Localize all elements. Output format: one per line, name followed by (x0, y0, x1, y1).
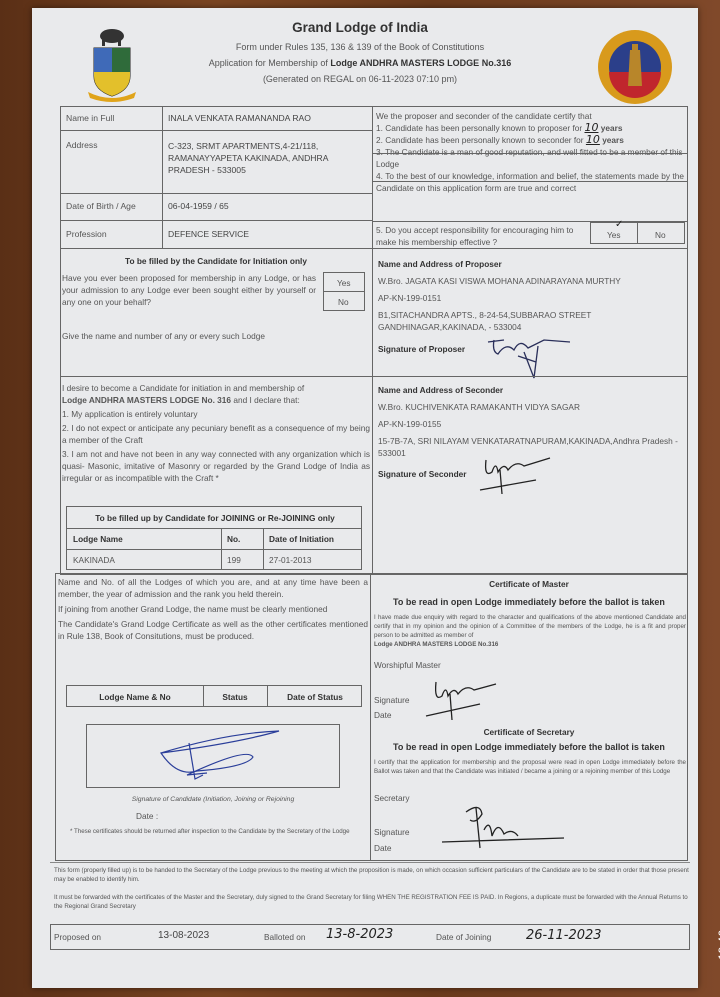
secretary-cert-title: Certificate of Secretary (370, 726, 688, 738)
candidate-dob: 06-04-1959 / 65 (168, 201, 229, 211)
candidate-signature-caption: Signature of Candidate (Initiation, Join… (86, 795, 340, 804)
joining-date-of-initiation: 27-01-2013 (269, 554, 311, 566)
address-label: Address (66, 140, 98, 150)
grand-lodge-crest-icon (86, 26, 138, 102)
secretary-role-label: Secretary (374, 792, 410, 804)
initiation-no-option[interactable]: No (323, 291, 365, 311)
proposer-signature-label: Signature of Proposer (378, 343, 465, 355)
date-of-joining-label: Date of Joining (436, 931, 491, 943)
form-subtitle: Form under Rules 135, 136 & 139 of the B… (150, 39, 570, 55)
name-label: Name in Full (66, 113, 114, 123)
worshipful-master-label: Worshipful Master (374, 659, 441, 671)
device-clock-overlay: 19:46 (716, 930, 720, 960)
secretary-signature (440, 800, 570, 854)
proposer-section: Name and Address of Proposer W.Bro. JAGA… (378, 258, 684, 333)
note-handing-form: This form (properly filled up) is to be … (54, 866, 690, 884)
secretary-date-label: Date (374, 842, 392, 854)
seconder-name: W.Bro. KUCHIVENKATA RAMAKANTH VIDYA SAGA… (378, 401, 684, 413)
master-date-label: Date (374, 709, 392, 721)
dob-label: Date of Birth / Age (66, 201, 136, 211)
generated-line: (Generated on REGAL on 06-11-2023 07:10 … (150, 71, 570, 87)
secretary-signature-label: Signature (374, 826, 410, 838)
joining-lodge-no: 199 (227, 554, 241, 566)
proposed-on-value: 13-08-2023 (158, 930, 209, 941)
master-signature (420, 676, 500, 722)
give-lodge-name-prompt: Give the name and number of any or every… (62, 330, 265, 342)
secretary-cert-text: I certify that the application for membe… (374, 758, 686, 776)
candidate-date-label: Date : (136, 810, 158, 822)
initiation-heading: To be filled by the Candidate for Initia… (60, 255, 372, 267)
lodges-history-instructions: Name and No. of all the Lodges of which … (58, 576, 368, 642)
seconder-years-value: 10 (586, 133, 600, 146)
check-mark-icon: ✓ (615, 219, 623, 230)
secretary-cert-subtitle: To be read in open Lodge immediately bef… (370, 741, 688, 753)
form-header: Grand Lodge of India Form under Rules 13… (150, 20, 570, 87)
proposer-address: B1,SITACHANDRA APTS., 8-24-54,SUBBARAO S… (378, 309, 684, 333)
master-signature-label: Signature (374, 694, 410, 706)
application-line: Application for Membership of Lodge ANDH… (150, 55, 570, 71)
proposed-on-label: Proposed on (54, 931, 101, 943)
master-cert-text: I have made due enquiry with regard to t… (374, 613, 686, 649)
master-cert-subtitle: To be read in open Lodge immediately bef… (370, 596, 688, 608)
candidate-profession: DEFENCE SERVICE (168, 229, 249, 239)
candidate-signature-box[interactable] (86, 724, 340, 788)
candidate-address: C-323, SRMT APARTMENTS,4-21/118, RAMANAY… (168, 140, 358, 176)
seconder-signature (476, 452, 556, 496)
candidate-signature (147, 727, 307, 787)
master-cert-title: Certificate of Master (370, 578, 688, 590)
balloted-on-value: 13-8-2023 (326, 927, 393, 942)
joining-table: To be filled up by Candidate for JOINING… (66, 506, 362, 570)
balloted-on-label: Balloted on (264, 931, 306, 943)
encourage-question: 5. Do you accept responsibility for enco… (376, 224, 586, 248)
profession-label: Profession (66, 229, 107, 239)
proposer-reg-no: AP-KN-199-0151 (378, 292, 684, 304)
seconder-signature-label: Signature of Seconder (378, 468, 467, 480)
proposer-name: W.Bro. JAGATA KASI VISWA MOHANA ADINARAY… (378, 275, 684, 287)
declaration-section: I desire to become a Candidate for initi… (62, 382, 370, 484)
joining-lodge-name: KAKINADA (73, 554, 115, 566)
certificates-footnote: * These certificates should be returned … (70, 827, 360, 836)
seconder-reg-no: AP-KN-199-0155 (378, 418, 684, 430)
initiation-question: Have you ever been proposed for membersh… (62, 272, 316, 308)
encourage-no-option[interactable]: No (637, 222, 685, 244)
proposer-signature (484, 332, 574, 382)
candidate-name: INALA VENKATA RAMANANDA RAO (168, 113, 311, 123)
encourage-yes-option[interactable]: Yes ✓ (590, 222, 638, 244)
date-of-joining-value: 26-11-2023 (526, 928, 602, 943)
lodges-history-table: Lodge Name & No Status Date of Status (66, 685, 362, 707)
regional-grand-lodge-emblem-icon (596, 28, 674, 106)
note-forwarding: It must be forwarded with the certificat… (54, 893, 690, 911)
seconder-section: Name and Address of Seconder W.Bro. KUCH… (378, 384, 684, 459)
initiation-yes-option[interactable]: Yes (323, 272, 365, 292)
form-title: Grand Lodge of India (150, 20, 570, 35)
